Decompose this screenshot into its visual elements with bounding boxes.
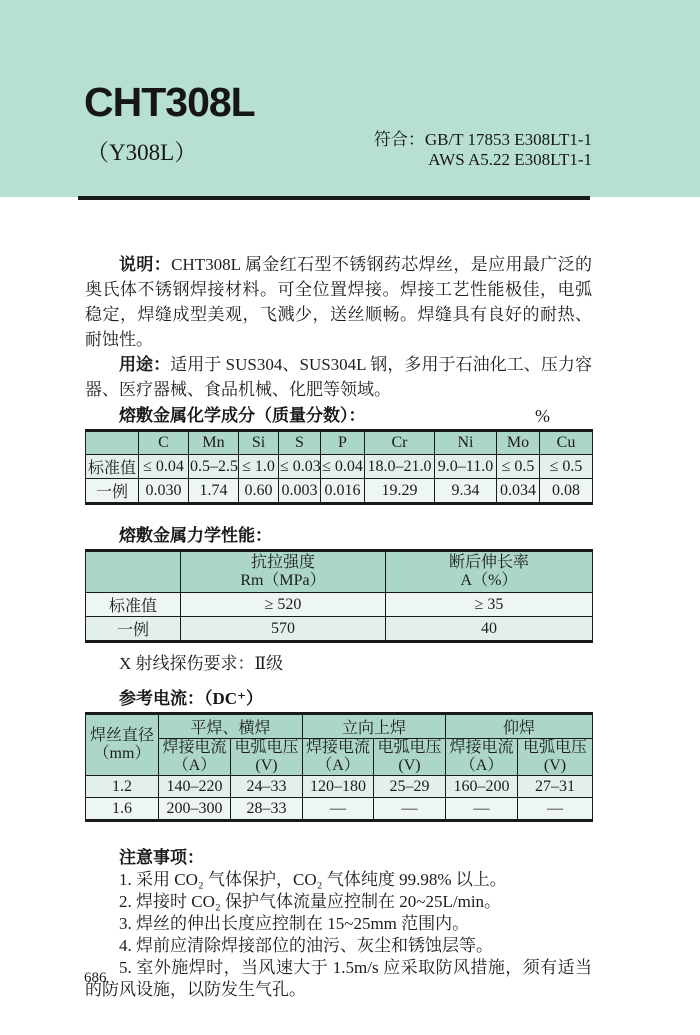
intro-section: 说明：CHT308L 属金红石型不锈钢药芯焊丝，是应用最广泛的奥氏体不锈钢焊接材…	[85, 252, 592, 402]
row-label: 标准值	[86, 593, 181, 617]
table-cell: 0.60	[239, 479, 279, 504]
column-header: Cu	[540, 431, 593, 455]
table-cell: 0.08	[540, 479, 593, 504]
table-cell: ≤ 0.5	[540, 455, 593, 479]
mechanical-table: 抗拉强度 Rm（MPa） 断后伸长率 A（%） 标准值 ≥ 520 ≥ 35 一…	[85, 549, 593, 643]
chemistry-header-row: C Mn Si S P Cr Ni Mo Cu	[86, 431, 593, 455]
column-header-elongation: 断后伸长率 A（%）	[386, 551, 593, 593]
table-cell: 0.034	[497, 479, 540, 504]
chemistry-title-row: 熔敷金属化学成分（质量分数）： %	[85, 405, 592, 427]
sub-voltage-line1: 电弧电压	[232, 739, 301, 757]
column-header: Mo	[497, 431, 540, 455]
table-cell: ≤ 0.03	[279, 455, 321, 479]
table-cell: ≥ 520	[181, 593, 386, 617]
table-cell: 18.0–21.0	[365, 455, 435, 479]
sub-voltage-line1: 电弧电压	[519, 739, 591, 757]
row-label: 标准值	[86, 455, 139, 479]
diameter-line2: （mm）	[87, 745, 157, 763]
row-label: 一例	[86, 617, 181, 642]
table-cell: 200–300	[159, 798, 231, 821]
table-cell: 1.74	[189, 479, 239, 504]
note-item: 1. 采用 CO₂ 气体保护，CO₂ 气体纯度 99.98% 以上。	[85, 869, 592, 891]
standard-gbt: GB/T 17853 E308LT1-1	[425, 130, 592, 149]
table-cell: 25–29	[374, 776, 446, 798]
column-header: Mn	[189, 431, 239, 455]
note-item: 2. 焊接时 CO₂ 保护气体流量应控制在 20~25L/min。	[85, 891, 592, 913]
table-cell: 19.29	[365, 479, 435, 504]
chemistry-title: 熔敷金属化学成分（质量分数）：	[85, 405, 366, 427]
mechanical-header-row: 抗拉强度 Rm（MPa） 断后伸长率 A（%）	[86, 551, 593, 593]
diameter-line1: 焊丝直径	[87, 727, 157, 745]
table-cell: 0.003	[279, 479, 321, 504]
xray-requirement: X 射线探伤要求：Ⅱ级	[85, 653, 592, 675]
column-header: C	[139, 431, 189, 455]
note-item: 3. 焊丝的伸出长度应控制在 15~25mm 范围内。	[85, 913, 592, 935]
table-cell: —	[374, 798, 446, 821]
sub-header-voltage: 电弧电压 (V)	[374, 739, 446, 776]
table-cell: ≤ 0.04	[139, 455, 189, 479]
table-row-standard: 标准值 ≥ 520 ≥ 35	[86, 593, 593, 617]
notes-title: 注意事项：	[85, 847, 592, 869]
sub-header-current: 焊接电流 （A）	[303, 739, 374, 776]
table-cell: 0.016	[321, 479, 365, 504]
table-cell: —	[446, 798, 518, 821]
sub-header-voltage: 电弧电压 (V)	[231, 739, 303, 776]
page-content: 说明：CHT308L 属金红石型不锈钢药芯焊丝，是应用最广泛的奥氏体不锈钢焊接材…	[85, 200, 592, 1001]
sub-header-current: 焊接电流 （A）	[159, 739, 231, 776]
group-header-flat: 平焊、横焊	[159, 714, 303, 739]
table-cell: ≤ 0.04	[321, 455, 365, 479]
column-header-tensile: 抗拉强度 Rm（MPa）	[181, 551, 386, 593]
table-cell: 28–33	[231, 798, 303, 821]
current-title-label: 参考电流：	[119, 689, 204, 708]
catalog-page: CHT308L （Y308L） 符合：GB/T 17853 E308LT1-1 …	[0, 0, 700, 1035]
row-label: 1.6	[86, 798, 159, 821]
column-header: S	[279, 431, 321, 455]
current-group-header-row: 焊丝直径 （mm） 平焊、横焊 立向上焊 仰焊	[86, 714, 593, 739]
sub-header-current: 焊接电流 （A）	[446, 739, 518, 776]
chemistry-unit: %	[535, 405, 550, 427]
sub-current-line1: 焊接电流	[160, 739, 229, 757]
table-cell: 24–33	[231, 776, 303, 798]
group-header-overhead: 仰焊	[446, 714, 593, 739]
table-row-standard: 标准值 ≤ 0.04 0.5–2.5 ≤ 1.0 ≤ 0.03 ≤ 0.04 1…	[86, 455, 593, 479]
current-title-value: （DC⁺）	[204, 689, 263, 708]
product-alias: （Y308L）	[86, 139, 197, 167]
tensile-line1: 抗拉强度	[182, 554, 384, 572]
table-cell: 120–180	[303, 776, 374, 798]
column-header: P	[321, 431, 365, 455]
table-cell: 27–31	[518, 776, 593, 798]
table-cell: 9.0–11.0	[435, 455, 497, 479]
elongation-line2: A（%）	[387, 572, 591, 590]
table-cell: 160–200	[446, 776, 518, 798]
table-cell: ≥ 35	[386, 593, 593, 617]
standard-line-2: AWS A5.22 E308LT1-1	[374, 150, 592, 170]
table-cell: 40	[386, 617, 593, 642]
column-header: Ni	[435, 431, 497, 455]
description-label: 说明：	[119, 255, 171, 274]
table-cell: 570	[181, 617, 386, 642]
sub-current-line1: 焊接电流	[447, 739, 516, 757]
conform-label: 符合：	[374, 130, 425, 149]
row-label: 1.2	[86, 776, 159, 798]
table-cell: ≤ 0.5	[497, 455, 540, 479]
sub-voltage-line2: (V)	[375, 757, 444, 775]
table-corner-cell	[86, 551, 181, 593]
note-item: 4. 焊前应清除焊接部位的油污、灰尘和锈蚀层等。	[85, 935, 592, 957]
standards-block: 符合：GB/T 17853 E308LT1-1 AWS A5.22 E308LT…	[374, 130, 592, 170]
current-section: 参考电流：（DC⁺） 焊丝直径 （mm） 平焊、横焊 立向上焊 仰焊	[85, 688, 592, 822]
table-cell: —	[518, 798, 593, 821]
mechanical-title: 熔敷金属力学性能：	[85, 525, 592, 547]
mechanical-section: 熔敷金属力学性能： 抗拉强度 Rm（MPa） 断后伸长率 A（%） 标准值	[85, 525, 592, 675]
sub-header-voltage: 电弧电压 (V)	[518, 739, 593, 776]
sub-voltage-line1: 电弧电压	[375, 739, 444, 757]
table-cell: —	[303, 798, 374, 821]
table-cell: 140–220	[159, 776, 231, 798]
description-paragraph: 说明：CHT308L 属金红石型不锈钢药芯焊丝，是应用最广泛的奥氏体不锈钢焊接材…	[85, 252, 592, 352]
chemistry-section: 熔敷金属化学成分（质量分数）： % C Mn Si S P Cr Ni Mo	[85, 405, 592, 505]
standard-line-1: 符合：GB/T 17853 E308LT1-1	[374, 130, 592, 150]
column-header-diameter: 焊丝直径 （mm）	[86, 714, 159, 776]
header-band: CHT308L （Y308L） 符合：GB/T 17853 E308LT1-1 …	[0, 0, 700, 197]
notes-section: 注意事项： 1. 采用 CO₂ 气体保护，CO₂ 气体纯度 99.98% 以上。…	[85, 847, 592, 1001]
row-label: 一例	[86, 479, 139, 504]
usage-paragraph: 用途：适用于 SUS304、SUS304L 钢，多用于石油化工、压力容器、医疗器…	[85, 352, 592, 402]
sub-voltage-line2: (V)	[519, 757, 591, 775]
chemistry-table: C Mn Si S P Cr Ni Mo Cu 标准值 ≤ 0.04 0.5–2…	[85, 429, 593, 505]
table-cell: 0.5–2.5	[189, 455, 239, 479]
column-header: Cr	[365, 431, 435, 455]
table-row-example: 一例 570 40	[86, 617, 593, 642]
table-cell: 9.34	[435, 479, 497, 504]
elongation-line1: 断后伸长率	[387, 554, 591, 572]
product-model: CHT308L	[84, 82, 255, 123]
group-header-vertical: 立向上焊	[303, 714, 446, 739]
sub-current-line1: 焊接电流	[304, 739, 372, 757]
table-row-example: 一例 0.030 1.74 0.60 0.003 0.016 19.29 9.3…	[86, 479, 593, 504]
note-item: 5. 室外施焊时，当风速大于 1.5m/s 应采取防风措施，须有适当的防风设施，…	[85, 957, 592, 1001]
table-row-d12: 1.2 140–220 24–33 120–180 25–29 160–200 …	[86, 776, 593, 798]
current-title: 参考电流：（DC⁺）	[85, 688, 592, 710]
page-number: 686	[84, 970, 107, 987]
sub-current-line2: （A）	[447, 757, 516, 775]
sub-current-line2: （A）	[160, 757, 229, 775]
usage-label: 用途：	[119, 355, 170, 374]
tensile-line2: Rm（MPa）	[182, 572, 384, 590]
sub-current-line2: （A）	[304, 757, 372, 775]
sub-voltage-line2: (V)	[232, 757, 301, 775]
table-cell: ≤ 1.0	[239, 455, 279, 479]
table-row-d16: 1.6 200–300 28–33 — — — —	[86, 798, 593, 821]
current-table: 焊丝直径 （mm） 平焊、横焊 立向上焊 仰焊 焊接电流 （A） 电弧电压 (V…	[85, 712, 593, 822]
table-corner-cell	[86, 431, 139, 455]
current-sub-header-row: 焊接电流 （A） 电弧电压 (V) 焊接电流 （A） 电弧电压 (V)	[86, 739, 593, 776]
table-cell: 0.030	[139, 479, 189, 504]
column-header: Si	[239, 431, 279, 455]
